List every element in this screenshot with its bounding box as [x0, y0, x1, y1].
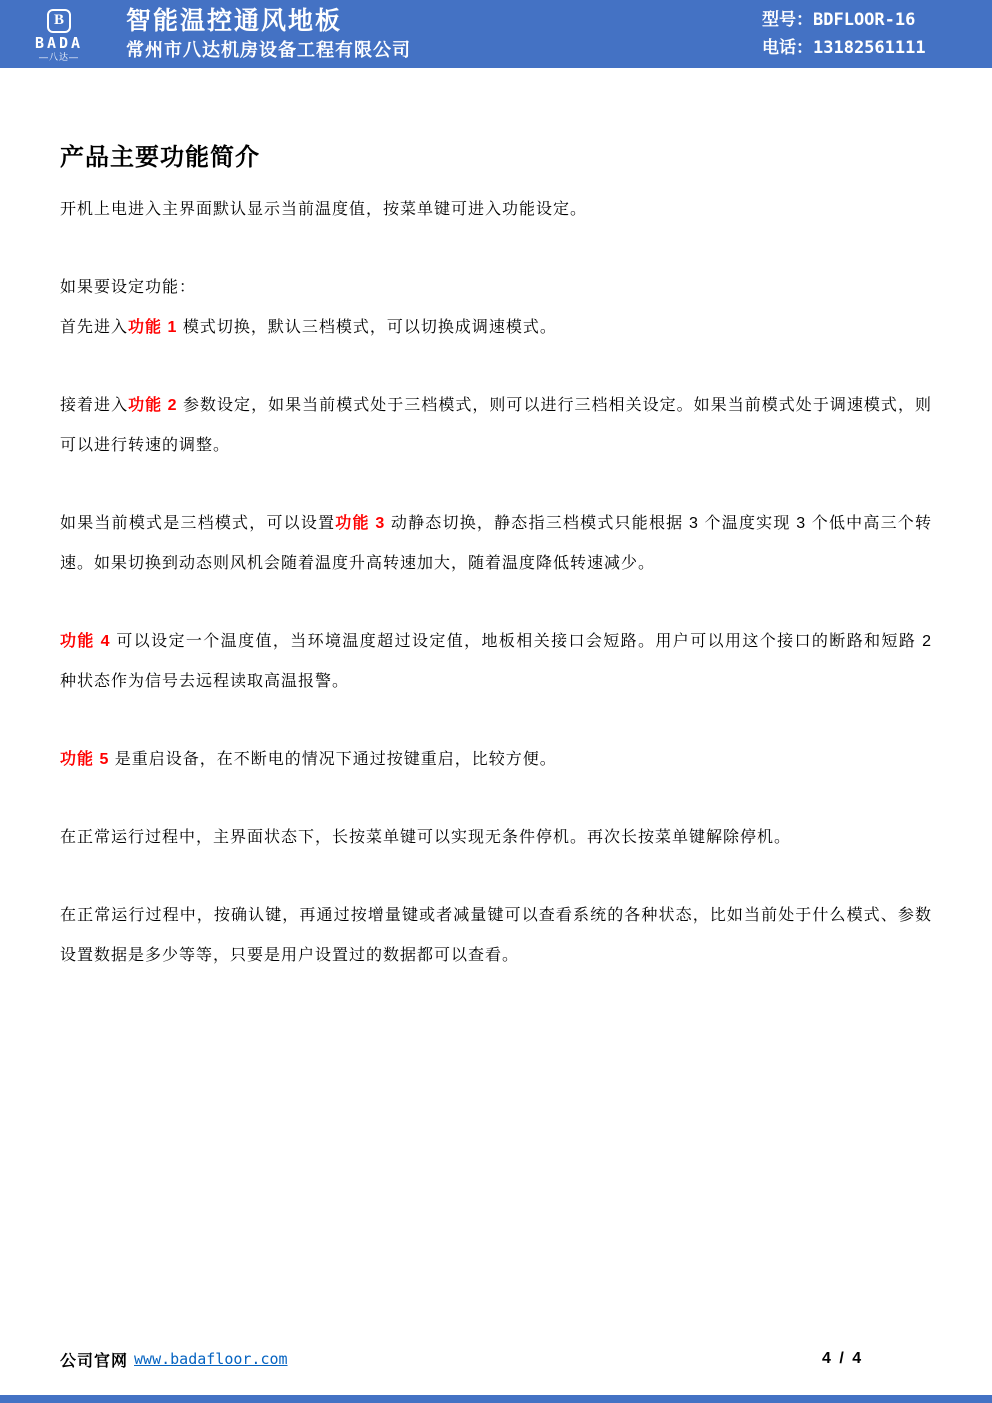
paragraph: 如果要设定功能： — [60, 268, 932, 308]
paragraph: 在正常运行过程中，按确认键，再通过按增量键或者减量键可以查看系统的各种状态，比如… — [60, 896, 932, 976]
paragraphs-container: 开机上电进入主界面默认显示当前温度值，按菜单键可进入功能设定。如果要设定功能：首… — [60, 190, 932, 976]
paragraph-text: 参数设定，如果当前模式处于三档模式，则可以进行三档相关设定。如果当前模式处于调速… — [60, 397, 932, 454]
company-name: 常州市八达机房设备工程有限公司 — [126, 38, 762, 62]
function-highlight: 功能 5 — [60, 751, 109, 768]
website-link[interactable]: www.badafloor.com — [134, 1350, 288, 1368]
paragraph-text: 可以设定一个温度值，当环境温度超过设定值，地板相关接口会短路。用户可以用这个接口… — [60, 633, 932, 690]
page-number: 4 / 4 — [822, 1350, 863, 1368]
header-titles: 智能温控通风地板 常州市八达机房设备工程有限公司 — [118, 6, 762, 62]
website-label: 公司官网 — [60, 1348, 128, 1371]
function-highlight: 功能 2 — [128, 397, 177, 414]
paragraph: 如果当前模式是三档模式，可以设置功能 3 动静态切换，静态指三档模式只能根据 3… — [60, 504, 932, 584]
paragraph: 接着进入功能 2 参数设定，如果当前模式处于三档模式，则可以进行三档相关设定。如… — [60, 386, 932, 466]
phone-line: 电话：13182561111 — [762, 34, 974, 62]
paragraph: 功能 5 是重启设备，在不断电的情况下通过按键重启，比较方便。 — [60, 740, 932, 780]
paragraph-text: 开机上电进入主界面默认显示当前温度值，按菜单键可进入功能设定。 — [60, 201, 587, 218]
page-footer: 公司官网 www.badafloor.com 4 / 4 — [0, 1344, 992, 1374]
paragraph: 首先进入功能 1 模式切换，默认三档模式，可以切换成调速模式。 — [60, 308, 932, 348]
paragraph-text: 接着进入 — [60, 397, 128, 414]
function-highlight: 功能 1 — [128, 319, 177, 336]
function-highlight: 功能 4 — [60, 633, 111, 650]
section-heading: 产品主要功能简介 — [60, 143, 932, 173]
paragraph: 功能 4 可以设定一个温度值，当环境温度超过设定值，地板相关接口会短路。用户可以… — [60, 622, 932, 702]
paragraph-text: 如果要设定功能： — [60, 279, 196, 296]
paragraph: 在正常运行过程中，主界面状态下，长按菜单键可以实现无条件停机。再次长按菜单键解除… — [60, 818, 932, 858]
paragraph-text: 如果当前模式是三档模式，可以设置 — [60, 515, 335, 532]
logo-monogram: B — [54, 13, 64, 28]
logo-monogram-icon: B — [47, 9, 71, 33]
paragraph-text: 在正常运行过程中，按确认键，再通过按增量键或者减量键可以查看系统的各种状态，比如… — [60, 907, 932, 964]
header-contact-block: 型号：BDFLOOR-16 电话：13182561111 — [762, 6, 992, 62]
company-logo: B BADA —八达— — [0, 7, 118, 62]
function-highlight: 功能 3 — [335, 515, 385, 532]
model-label: 型号： — [762, 10, 813, 29]
paragraph-text: 首先进入 — [60, 319, 128, 336]
model-value: BDFLOOR-16 — [813, 10, 915, 30]
paragraph: 开机上电进入主界面默认显示当前温度值，按菜单键可进入功能设定。 — [60, 190, 932, 230]
logo-brand-chinese: —八达— — [39, 53, 79, 62]
phone-label: 电话： — [762, 38, 813, 57]
logo-brand-text: BADA — [35, 36, 83, 51]
model-line: 型号：BDFLOOR-16 — [762, 6, 974, 34]
phone-value: 13182561111 — [813, 38, 926, 58]
footer-accent-bar — [0, 1395, 992, 1403]
page-header: B BADA —八达— 智能温控通风地板 常州市八达机房设备工程有限公司 型号：… — [0, 0, 992, 68]
paragraph-text: 在正常运行过程中，主界面状态下，长按菜单键可以实现无条件停机。再次长按菜单键解除… — [60, 829, 791, 846]
document-body: 产品主要功能简介 开机上电进入主界面默认显示当前温度值，按菜单键可进入功能设定。… — [0, 68, 992, 1014]
paragraph-text: 是重启设备，在不断电的情况下通过按键重启，比较方便。 — [109, 751, 556, 768]
product-title: 智能温控通风地板 — [126, 6, 762, 36]
paragraph-text: 模式切换，默认三档模式，可以切换成调速模式。 — [177, 319, 556, 336]
